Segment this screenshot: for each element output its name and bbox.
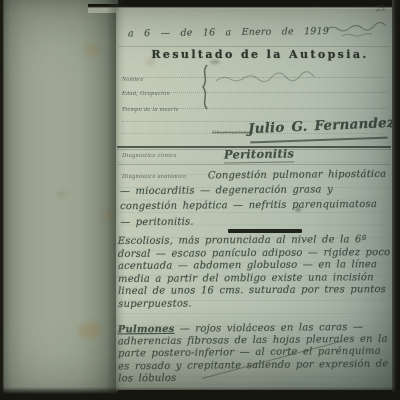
- page-number: 25: [376, 5, 385, 13]
- external-exam-paragraph: Escoliosis, más pronunciada al nivel de …: [118, 234, 395, 311]
- diagnostico-clinico-value: Peritonitis: [224, 146, 294, 163]
- diagnostico-anatomico-text: Congestión pulmonar hipostática — miocar…: [120, 167, 393, 230]
- foxing-stain: [146, 58, 155, 66]
- foxing-stain: [78, 322, 102, 339]
- pulmones-paragraph: Pulmones — rojos violáceos en las caras …: [118, 322, 395, 386]
- foxing-stain: [84, 44, 100, 56]
- form-title: Resultado de la Autopsia.: [150, 48, 370, 61]
- pulmones-heading: Pulmones: [118, 324, 175, 336]
- field-row-tiempo: Tiempo de la muerte: [122, 96, 388, 109]
- row-rule: [118, 164, 390, 165]
- diagnostico-clinico-label: Diagnóstico clínico: [122, 153, 177, 159]
- edad-value-squiggle: [214, 72, 344, 86]
- ink-spot: [295, 207, 301, 212]
- book-left-edge: [0, 0, 118, 400]
- photo-of-autopsy-register: 25 a 6 — de 16 a Enero de 1919 Resultado…: [0, 0, 400, 400]
- foxing-stain: [56, 190, 67, 198]
- observaciones-label: Observaciones: [212, 130, 253, 136]
- photo-right-border: [392, 0, 400, 400]
- foxing-stain: [101, 210, 114, 220]
- diagnostico-anatomico-block: Diagnóstico anatómico Congestión pulmona…: [120, 168, 392, 229]
- header-rule: [118, 46, 390, 47]
- photo-bottom-border: [0, 387, 400, 400]
- bracket-squiggle: [198, 64, 212, 110]
- heavy-ink-mark: [228, 229, 302, 233]
